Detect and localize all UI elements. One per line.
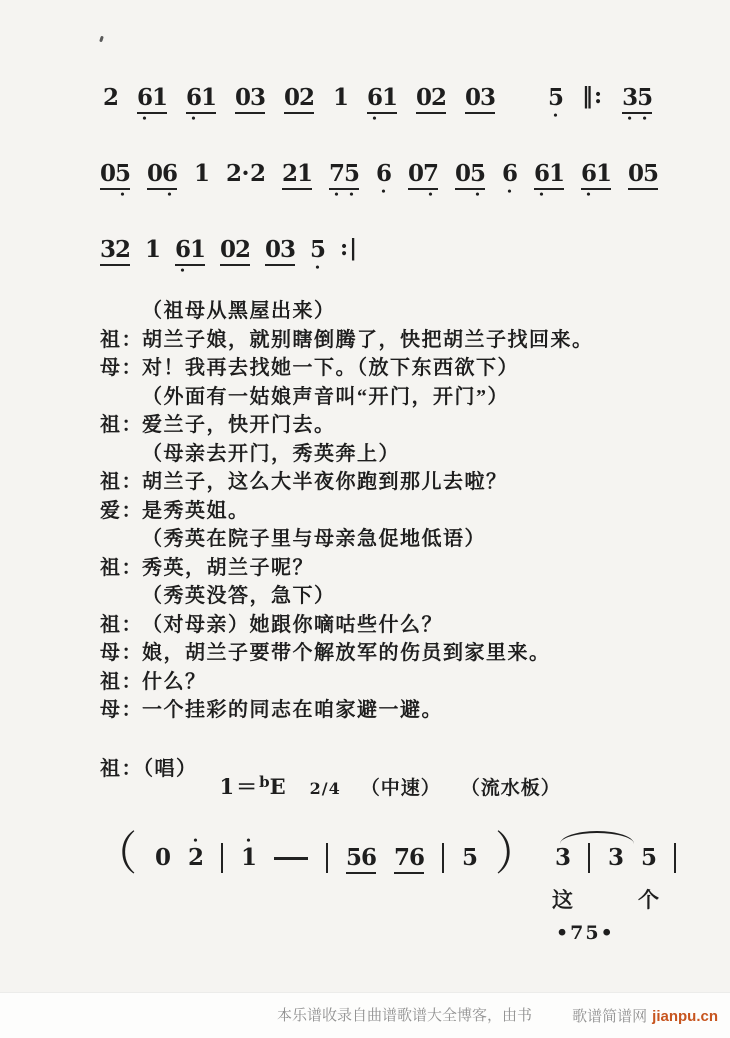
note-group: 5•	[548, 76, 563, 120]
speaker-label: 母：	[100, 354, 142, 383]
dialogue-text: （祖母从黑屋出来）	[142, 297, 336, 326]
barline	[221, 843, 223, 873]
note-group: 03	[235, 76, 265, 123]
dialogue-text: （对母亲）她跟你嘀咕些什么？	[142, 611, 443, 640]
site-name: 歌谱简谱网	[572, 1008, 647, 1025]
banshi-marking: （流水板）	[461, 773, 561, 800]
phrase-paren: ）	[495, 832, 537, 876]
note-group: 35••	[622, 76, 652, 123]
time-signature: 2/4	[310, 779, 341, 798]
note-group: 02	[284, 76, 314, 123]
note-group: 2	[103, 76, 118, 120]
watermark-source-text: 本乐谱收录自曲谱歌谱大全博客，由书	[277, 1004, 532, 1025]
dialogue-text: 秀英，胡兰子呢？	[142, 554, 314, 583]
note-group: 21	[282, 152, 312, 199]
note-group: •2	[188, 836, 203, 880]
note-group: 03	[265, 228, 295, 275]
music-intro-line-3: 32161•02035•:|	[100, 228, 358, 275]
dialogue-text: 一个挂彩的同志在咱家避一避。	[142, 696, 443, 725]
repeat-sign: ‖:	[582, 83, 603, 109]
dialogue-line: 祖：胡兰子娘，就别瞎倒腾了，快把胡兰子找回来。	[100, 326, 610, 355]
sing-speaker-label: 祖：（唱）	[100, 752, 198, 781]
note-group: 2·2	[226, 152, 265, 196]
note-group: 32	[100, 228, 130, 275]
dialogue-text: 娘，胡兰子要带个解放军的伤员到家里来。	[142, 639, 551, 668]
key-note: E	[270, 774, 286, 799]
dialogue-text: 是秀英姐。	[142, 497, 250, 526]
speaker-label: 母：	[100, 639, 142, 668]
lyric-syllable: 个	[638, 884, 659, 914]
stage-direction: （外面有一姑娘声音叫“开门，开门”）	[100, 383, 610, 412]
flat-sign: b	[259, 773, 270, 791]
dialogue-line: 母：对！我再去找她一下。（放下东西欲下）	[100, 354, 610, 383]
barline	[442, 843, 444, 873]
page-number: •75•	[556, 922, 615, 944]
note-group: 76	[394, 836, 424, 883]
dialogue-line: 母：娘，胡兰子要带个解放军的伤员到家里来。	[100, 639, 610, 668]
note-group: 0	[155, 836, 170, 880]
barline	[674, 843, 676, 873]
tempo-marking: （中速）	[361, 773, 441, 800]
note-group: 05•	[455, 152, 485, 199]
stage-direction: （秀英在院子里与母亲急促地低语）	[100, 525, 610, 554]
note-group: 6•	[502, 152, 517, 196]
note-group: •1	[241, 836, 256, 880]
stage-direction: （母亲去开门，秀英奔上）	[100, 440, 610, 469]
speaker-label: 祖：	[100, 326, 142, 355]
music-verse-line: （0•2•156765）3这35个	[95, 836, 676, 883]
speaker-label: 祖：	[100, 668, 142, 697]
dialogue-line: 祖：什么？	[100, 668, 610, 697]
note-group: 56	[346, 836, 376, 883]
stage-direction: （祖母从黑屋出来）	[100, 297, 610, 326]
speaker-label: 祖：	[100, 611, 142, 640]
note-group: 02	[416, 76, 446, 123]
music-intro-line-2: 05•06•12·22175••6•07•05•6•61•61•05	[100, 152, 658, 199]
dialogue-text: （秀英没答，急下）	[142, 582, 336, 611]
lyric-syllable: 这	[552, 884, 573, 914]
note-group: 61•	[175, 228, 205, 275]
dialogue-line: 祖：秀英，胡兰子呢？	[100, 554, 610, 583]
dialogue-text: 胡兰子娘，就别瞎倒腾了，快把胡兰子找回来。	[142, 326, 594, 355]
phrase-paren: （	[95, 832, 137, 876]
dialogue-line: 爱：是秀英姐。	[100, 497, 610, 526]
speaker-label: 祖：	[100, 411, 142, 440]
speaker-label	[100, 525, 142, 554]
key-prefix: 1＝	[220, 771, 260, 801]
note-group: 02	[220, 228, 250, 275]
sustain-dash	[274, 857, 308, 860]
note-group: 61•	[186, 76, 216, 123]
speaker-label: 祖：	[100, 468, 142, 497]
dialogue-text: 胡兰子，这么大半夜你跑到那儿去啦？	[142, 468, 508, 497]
speaker-label: 爱：	[100, 497, 142, 526]
speaker-label	[100, 582, 142, 611]
scan-speck	[99, 36, 104, 43]
speaker-label: 祖：	[100, 554, 142, 583]
sing-cue-row: 祖：（唱） 1＝bE 2/4 （中速） （流水板）	[100, 752, 561, 801]
repeat-sign: :|	[340, 235, 358, 261]
note-group: 61•	[367, 76, 397, 123]
note-group: 05•	[100, 152, 130, 199]
note-group: 6•	[376, 152, 391, 196]
dialogue-text: 对！我再去找她一下。（放下东西欲下）	[142, 354, 519, 383]
note-group: 75••	[329, 152, 359, 199]
site-url-link[interactable]: jianpu.cn	[652, 1008, 718, 1025]
dialogue-line: 祖：（对母亲）她跟你嘀咕些什么？	[100, 611, 610, 640]
dialogue-text: （母亲去开门，秀英奔上）	[142, 440, 400, 469]
key-signature: 1＝bE 2/4 （中速） （流水板）	[220, 771, 561, 801]
note-group: 61•	[137, 76, 167, 123]
note-group: 3	[608, 836, 623, 880]
dialogue-text: （外面有一姑娘声音叫“开门，开门”）	[142, 383, 509, 412]
dialogue-text: （秀英在院子里与母亲急促地低语）	[142, 525, 486, 554]
speaker-label: 母：	[100, 696, 142, 725]
watermark-footer: 本乐谱收录自曲谱歌谱大全博客，由书 歌谱简谱网jianpu.cn	[0, 992, 730, 1038]
site-logo: 歌谱简谱网jianpu.cn	[572, 1005, 718, 1026]
stage-direction: （秀英没答，急下）	[100, 582, 610, 611]
note-group: 5•	[310, 228, 325, 272]
note-group: 06•	[147, 152, 177, 199]
note-group: 1	[145, 228, 160, 272]
note-group: 1	[194, 152, 209, 196]
note-group: 61•	[534, 152, 564, 199]
note-group: 05	[628, 152, 658, 199]
note-group: 3这	[555, 836, 570, 880]
barline	[326, 843, 328, 873]
speaker-label	[100, 383, 142, 412]
speaker-label	[100, 440, 142, 469]
dialogue-line: 母：一个挂彩的同志在咱家避一避。	[100, 696, 610, 725]
barline	[588, 843, 590, 873]
music-intro-line-1: 261•61•0302161•02035•‖:35••	[103, 76, 652, 123]
note-group: 07•	[408, 152, 438, 199]
dialogue-line: 祖：爱兰子，快开门去。	[100, 411, 610, 440]
note-group: 03	[465, 76, 495, 123]
dialogue-block: （祖母从黑屋出来）祖：胡兰子娘，就别瞎倒腾了，快把胡兰子找回来。母：对！我再去找…	[100, 297, 610, 725]
speaker-label	[100, 297, 142, 326]
note-group: 5个	[641, 836, 656, 880]
score-page: 261•61•0302161•02035•‖:35•• 05•06•12·221…	[0, 0, 730, 1038]
dialogue-line: 祖：胡兰子，这么大半夜你跑到那儿去啦？	[100, 468, 610, 497]
dialogue-text: 什么？	[142, 668, 207, 697]
note-group: 61•	[581, 152, 611, 199]
note-group: 5	[462, 836, 477, 880]
note-group: 1	[333, 76, 348, 120]
dialogue-text: 爱兰子，快开门去。	[142, 411, 336, 440]
